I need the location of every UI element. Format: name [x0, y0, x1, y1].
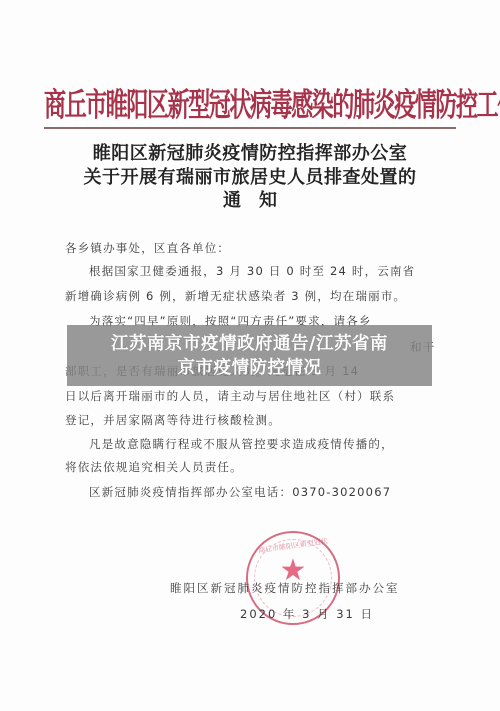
overlay-title-banner: 江苏南京市疫情政府通告/江苏省南 京市疫情防控情况 — [67, 325, 432, 386]
banner-line-2: 京市疫情防控情况 — [178, 356, 322, 380]
signature-office: 睢阳区新冠肺炎疫情防控指挥部办公室 — [170, 580, 400, 596]
document-header: 商丘市睢阳区新型冠状病毒感染的肺炎疫情防控工作指挥部办公室文件 — [44, 88, 456, 123]
paragraph-line: 将依法依规追究相关人员责任。 — [65, 460, 243, 474]
paragraph-line: 根据国家卫健委通报，3 月 30 日 0 时至 24 时，云南省 — [89, 264, 415, 278]
notice-title: 睢阳区新冠肺炎疫情防控指挥部办公室 关于开展有瑞丽市旅居史人员排查处置的 通知 — [60, 142, 440, 212]
document-page: 商丘市睢阳区新型冠状病毒感染的肺炎疫情防控工作指挥部办公室文件 睢阳区新冠肺炎疫… — [0, 0, 500, 711]
signature-date: 2020 年 3 月 31 日 — [240, 606, 374, 622]
paragraph-line: 日以后离开瑞丽市的人员，请主动与居住地社区（村）联系 — [65, 389, 395, 403]
salutation: 各乡镇办事处，区直各单位： — [65, 241, 230, 255]
header-divider — [44, 127, 456, 129]
notice-label: 通知 — [78, 190, 440, 212]
paragraph-line: 凡是故意隐瞒行程或不服从管控要求造成疫情传播的， — [89, 437, 394, 451]
title-line-1: 睢阳区新冠肺炎疫情防控指挥部办公室 — [60, 142, 440, 166]
contact-phone-line: 区新冠肺炎疫情指挥部办公室电话：0370-3020067 — [89, 485, 391, 499]
paragraph-line: 新增确诊病例 6 例，新增无症状感染者 3 例，均在瑞丽市。 — [65, 289, 406, 303]
paragraph-line: 登记，并居家隔离等待进行核酸检测。 — [65, 413, 281, 427]
title-line-2: 关于开展有瑞丽市旅居史人员排查处置的 — [60, 166, 440, 190]
banner-line-1: 江苏南京市疫情政府通告/江苏省南 — [111, 332, 388, 356]
